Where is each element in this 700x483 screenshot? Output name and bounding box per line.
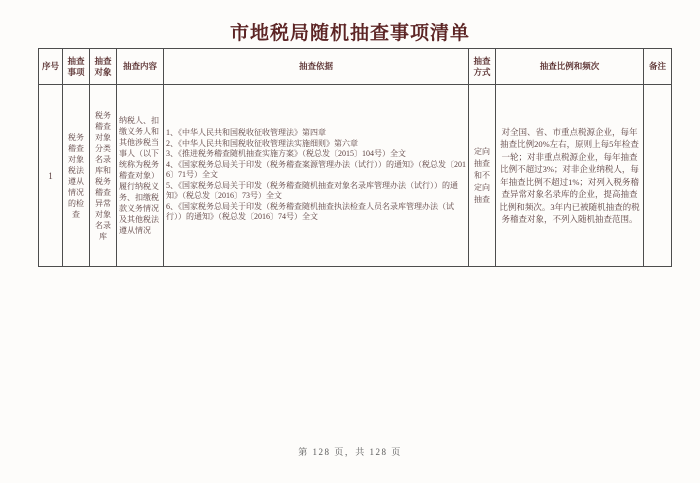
- col-header-item: 抽查事项: [63, 49, 90, 85]
- page-number: 第 128 页，共 128 页: [0, 445, 700, 458]
- cell-inspection-target: 税务稽查对象分类名录库和税务稽查异常对象名录库: [90, 85, 117, 267]
- inspection-table: 序号 抽查事项 抽查对象 抽查内容 抽查依据 抽查方式 抽查比例和频次 备注 1…: [38, 48, 672, 267]
- col-header-method: 抽查方式: [469, 49, 496, 85]
- cell-inspection-method: 定向抽查和不定向抽查: [469, 85, 496, 267]
- col-header-basis: 抽查依据: [164, 49, 469, 85]
- cell-remark: [644, 85, 672, 267]
- col-header-ratio: 抽查比例和频次: [496, 49, 644, 85]
- basis-item: 3、《推进税务稽查随机抽查实施方案》（税总发〔2015〕104号）全文: [166, 149, 466, 160]
- header-row: 序号 抽查事项 抽查对象 抽查内容 抽查依据 抽查方式 抽查比例和频次 备注: [39, 49, 672, 85]
- col-header-no: 序号: [39, 49, 63, 85]
- basis-item: 1、《中华人民共和国税收征收管理法》第四章: [166, 128, 466, 139]
- cell-inspection-item: 税务稽查对象税法遵从情况的检查: [63, 85, 90, 267]
- col-header-target: 抽查对象: [90, 49, 117, 85]
- cell-ratio-frequency: 对全国、省、市重点税源企业，每年抽查比例20%左右，原则上每5年检查一轮；对非重…: [496, 85, 644, 267]
- basis-item: 5、《国家税务总局关于印发（税务稽查随机抽查对象名录库管理办法（试行））的通知》…: [166, 181, 466, 202]
- col-header-remark: 备注: [644, 49, 672, 85]
- cell-inspection-content: 纳税人、扣缴义务人和其他涉税当事人（以下统称为税务稽查对象）履行纳税义务、扣缴税…: [117, 85, 164, 267]
- basis-item: 6、《国家税务总局关于印发（税务稽查随机抽查执法检查人员名录库管理办法（试行））…: [166, 202, 466, 223]
- document-page: 市地税局随机抽查事项清单 序号 抽查事项 抽查对象 抽查内容 抽查依据 抽查方式…: [0, 0, 700, 483]
- cell-serial-no: 1: [39, 85, 63, 267]
- basis-item: 2、《中华人民共和国税收征收管理法实施细则》第六章: [166, 139, 466, 150]
- cell-inspection-basis: 1、《中华人民共和国税收征收管理法》第四章 2、《中华人民共和国税收征收管理法实…: [164, 85, 469, 267]
- page-title: 市地税局随机抽查事项清单: [0, 18, 700, 45]
- basis-item: 4、《国家税务总局关于印发（税务稽查案源管理办法（试行））的通知》（税总发〔20…: [166, 160, 466, 181]
- table-row: 1 税务稽查对象税法遵从情况的检查 税务稽查对象分类名录库和税务稽查异常对象名录…: [39, 85, 672, 267]
- col-header-content: 抽查内容: [117, 49, 164, 85]
